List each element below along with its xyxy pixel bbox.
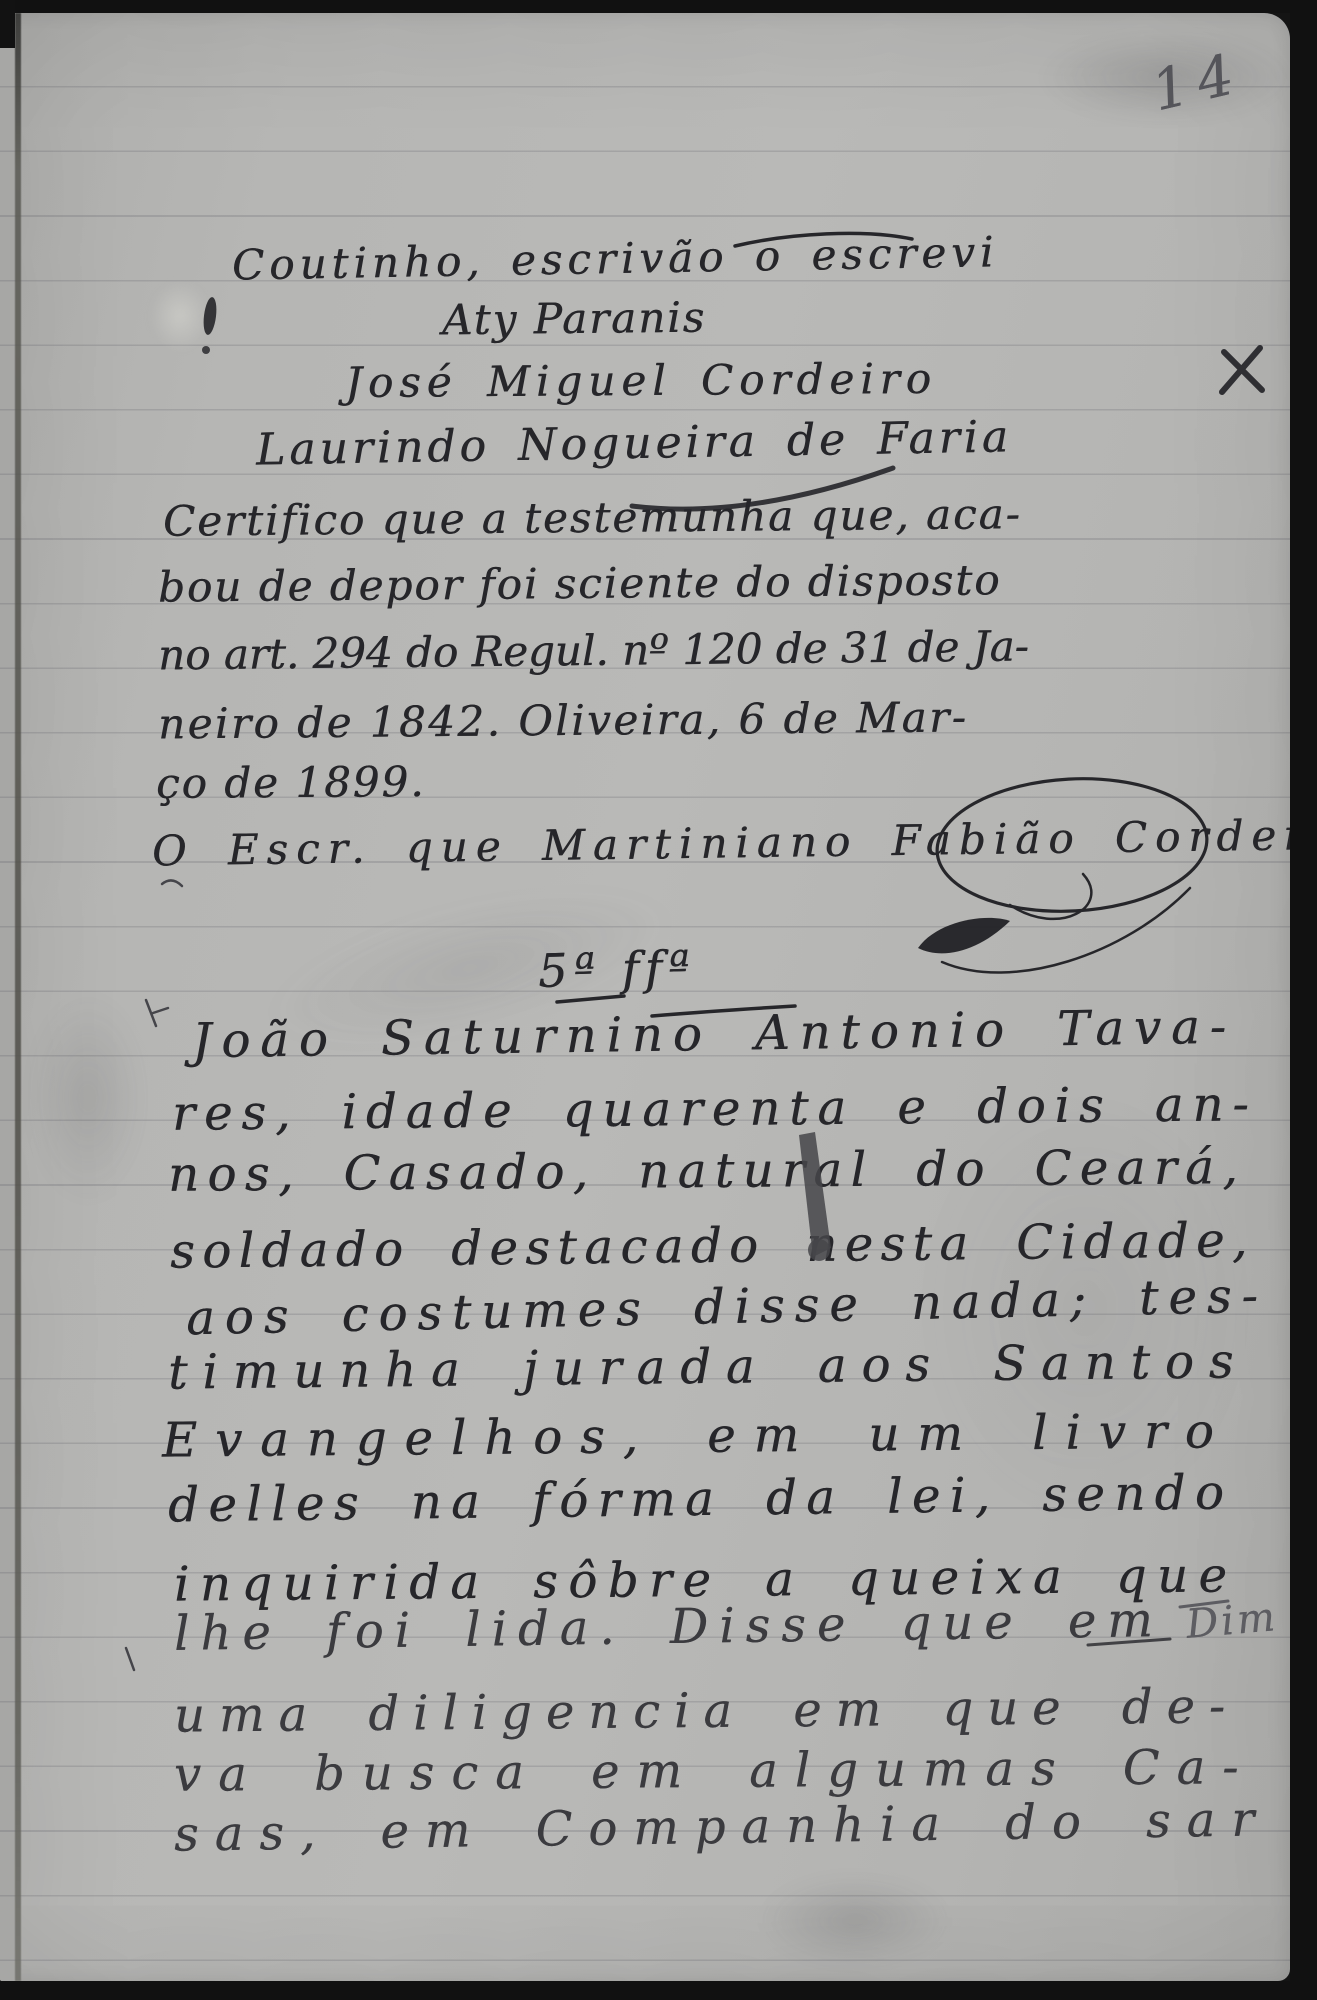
scan-edge-right: [1290, 0, 1317, 2000]
scan-edge-corner: [0, 0, 15, 48]
margin-note: Dim: [1184, 1594, 1279, 1648]
manuscript-line: José Miguel Cordeiro: [345, 356, 937, 406]
manuscript-line: timunha jurada aos Santos: [168, 1335, 1249, 1399]
manuscript-line: ço de 1899.: [156, 759, 426, 807]
section-heading-5th-witness: 5ª ffª: [537, 940, 696, 998]
manuscript-line: delles na fórma da lei, sendo: [168, 1466, 1234, 1532]
manuscript-line: Certifico que a testemunha que, aca-: [163, 491, 1022, 545]
manuscript-line: res, idade quarenta e dois an-: [172, 1078, 1258, 1140]
manuscript-line: bou de depor foi sciente do disposto: [158, 557, 1002, 611]
scanned-manuscript-page: Coutinho, escrivão o escrevi Aty Paranis…: [0, 0, 1317, 2000]
manuscript-line: Evangelhos, em um livro: [162, 1405, 1232, 1467]
scan-edge-top: [0, 0, 1317, 13]
manuscript-line: Aty Paranis: [442, 295, 707, 344]
manuscript-line: no art. 294 do Regul. nº 120 de 31 de Ja…: [158, 623, 1029, 678]
manuscript-line: va busca em algumas Ca-: [174, 1741, 1256, 1801]
page-fold-line: [15, 13, 21, 1981]
scan-edge-bottom: [0, 1981, 1317, 2000]
manuscript-line: soldado destacado nesta Cidade,: [170, 1214, 1255, 1278]
manuscript-line: uma diligencia em que de-: [174, 1680, 1239, 1742]
manuscript-line: nos, Casado, natural do Ceará,: [168, 1141, 1246, 1201]
manuscript-line: neiro de 1842. Oliveira, 6 de Mar-: [158, 694, 969, 747]
